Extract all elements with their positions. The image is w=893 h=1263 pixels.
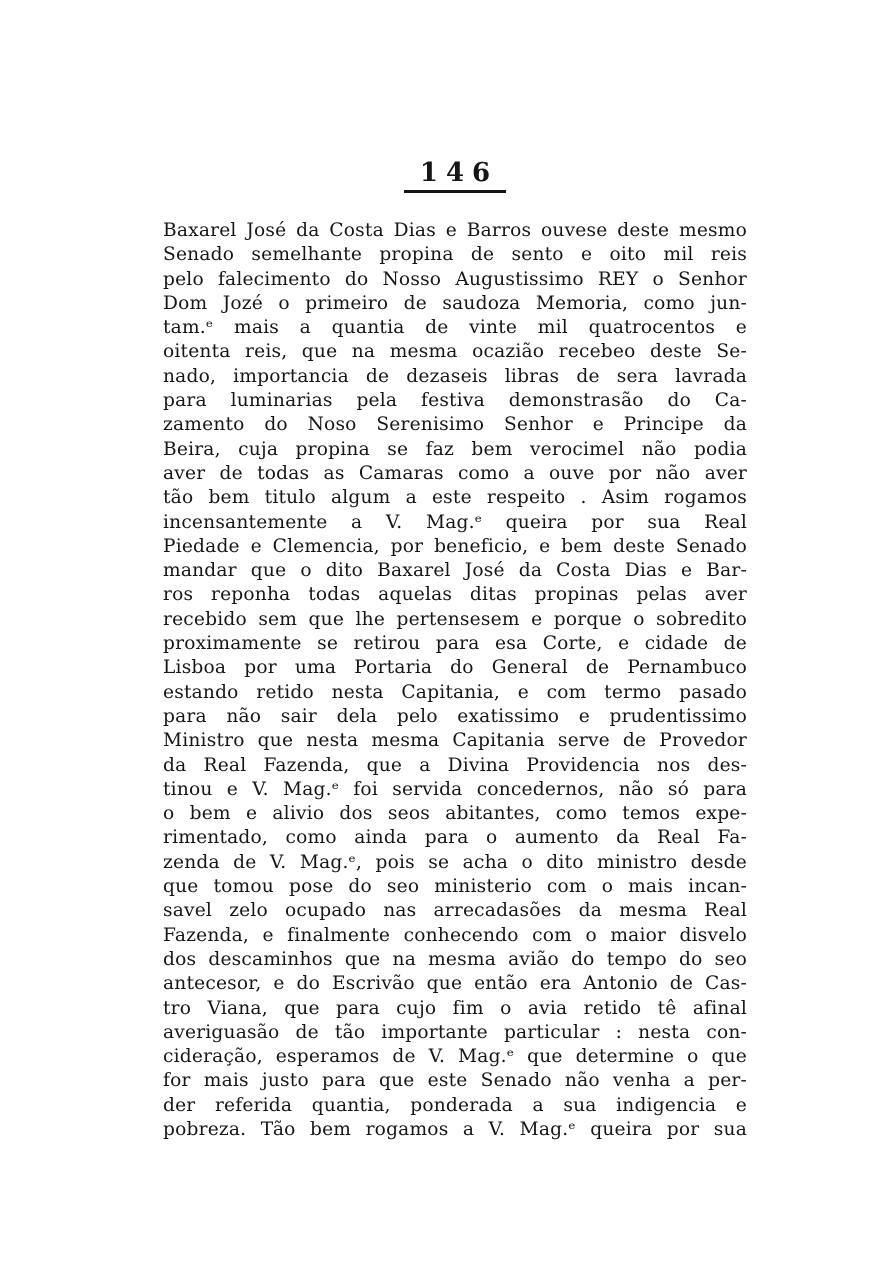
text-line: o bem e alivio dos seos abitantes, como …: [163, 802, 747, 826]
text-line: for mais justo para que este Senado não …: [163, 1069, 747, 1093]
text-line: Ministro que nesta mesma Capitania serve…: [163, 729, 747, 753]
text-line: tão bem titulo algum a este respeito . A…: [163, 486, 747, 510]
document-page: 146 Baxarel José da Costa Dias e Barros …: [0, 0, 893, 1263]
text-line: Dom Jozé o primeiro de saudoza Memoria, …: [163, 292, 747, 316]
text-line: rimentado, como ainda para o aumento da …: [163, 826, 747, 850]
text-line: pobreza. Tão bem rogamos a V. Mag.ᵉ quei…: [163, 1118, 747, 1142]
text-line: pelo falecimento do Nosso Augustissimo R…: [163, 268, 747, 292]
text-line: Beira, cuja propina se faz bem verocimel…: [163, 438, 747, 462]
text-line: ros reponha todas aquelas ditas propinas…: [163, 583, 747, 607]
text-line: que tomou pose do seo ministerio com o m…: [163, 875, 747, 899]
text-line: Fazenda, e finalmente conhecendo com o m…: [163, 924, 747, 948]
page-header: 146: [163, 158, 747, 193]
text-line: savel zelo ocupado nas arrecadasões da m…: [163, 899, 747, 923]
text-line: da Real Fazenda, que a Divina Providenci…: [163, 754, 747, 778]
text-line: mandar que o dito Baxarel José da Costa …: [163, 559, 747, 583]
body-text: Baxarel José da Costa Dias e Barros ouve…: [163, 219, 747, 1142]
text-line: zamento do Noso Serenisimo Senhor e Prin…: [163, 413, 747, 437]
text-line: tam.ᵉ mais a quantia de vinte mil quatro…: [163, 316, 747, 340]
text-line: proximamente se retirou para esa Corte, …: [163, 632, 747, 656]
text-line: tro Viana, que para cujo fim o avia reti…: [163, 997, 747, 1021]
text-line: recebido sem que lhe pertensesem e porqu…: [163, 608, 747, 632]
text-line: para luminarias pela festiva demonstrasã…: [163, 389, 747, 413]
text-line: tinou e V. Mag.ᵉ foi servida concedernos…: [163, 778, 747, 802]
text-line: antecesor, e do Escrivão que então era A…: [163, 972, 747, 996]
text-line: averiguasão de tão importante particular…: [163, 1021, 747, 1045]
text-line: cideração, esperamos de V. Mag.ᵉ que det…: [163, 1045, 747, 1069]
text-line: estando retido nesta Capitania, e com te…: [163, 681, 747, 705]
text-line: zenda de V. Mag.ᵉ, pois se acha o dito m…: [163, 851, 747, 875]
text-line: Baxarel José da Costa Dias e Barros ouve…: [163, 219, 747, 243]
text-line: aver de todas as Camaras como a ouve por…: [163, 462, 747, 486]
text-line: incensantemente a V. Mag.ᵉ queira por su…: [163, 511, 747, 535]
page-number: 146: [404, 158, 506, 193]
text-line: der referida quantia, ponderada a sua in…: [163, 1094, 747, 1118]
text-line: Piedade e Clemencia, por beneficio, e be…: [163, 535, 747, 559]
text-line: para não sair dela pelo exatissimo e pru…: [163, 705, 747, 729]
text-line: dos descaminhos que na mesma avião do te…: [163, 948, 747, 972]
text-line: oitenta reis, que na mesma ocazião receb…: [163, 340, 747, 364]
text-line: Senado semelhante propina de sento e oit…: [163, 243, 747, 267]
text-line: Lisboa por uma Portaria do General de Pe…: [163, 656, 747, 680]
text-line: nado, importancia de dezaseis libras de …: [163, 365, 747, 389]
